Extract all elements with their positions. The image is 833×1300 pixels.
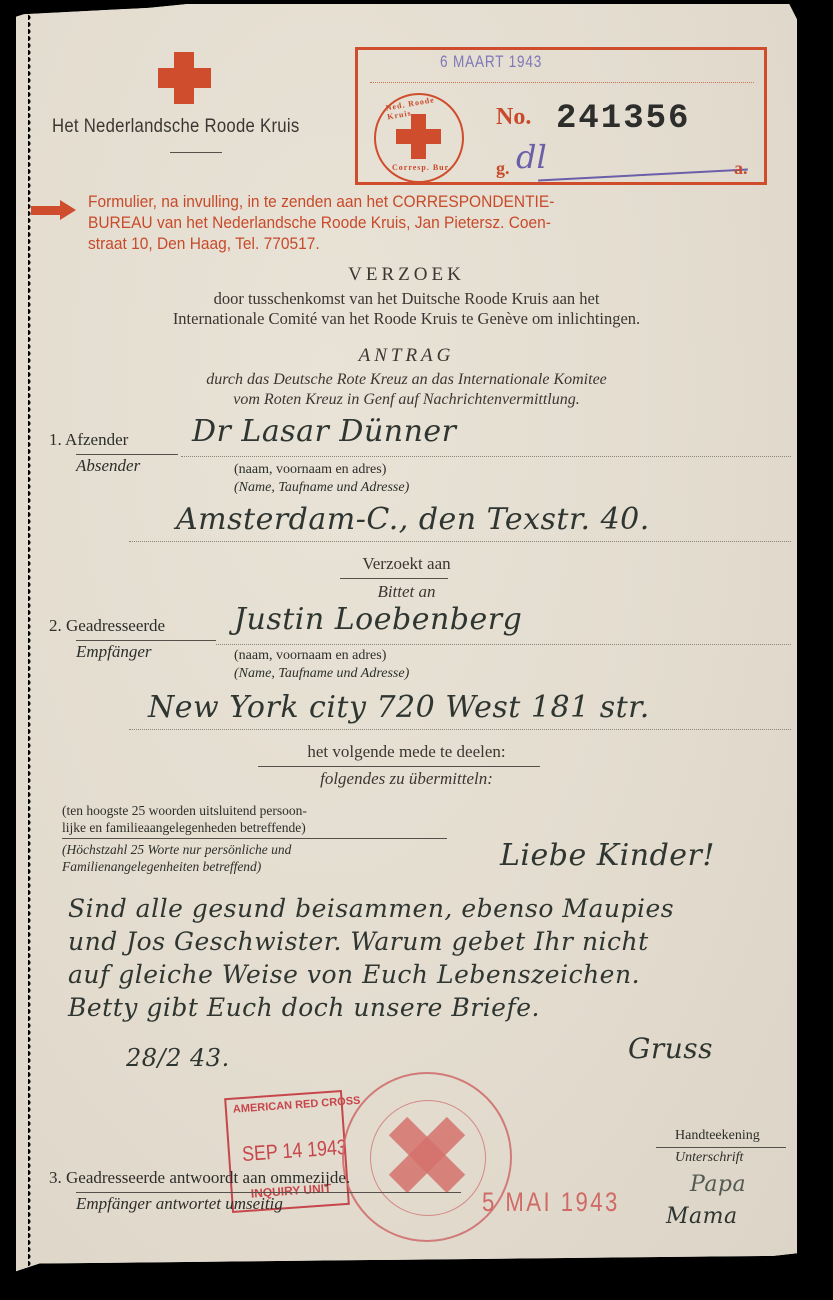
reply-rule — [76, 1192, 461, 1193]
signature-rule — [656, 1147, 786, 1148]
instructions: Formulier, na invulling, in te zenden aa… — [88, 192, 746, 255]
a-label: a. — [734, 158, 748, 179]
message-intro-nl: het volgende mede te deelen: — [16, 742, 797, 762]
message-salutation[interactable]: Liebe Kinder! — [500, 838, 715, 873]
recipient-name-line — [216, 644, 791, 645]
sender-hint-nl: (naam, voornaam en adres) — [234, 462, 386, 478]
signature-mama[interactable]: Mama — [666, 1204, 738, 1229]
recipient-hint-nl: (naam, voornaam en adres) — [234, 648, 386, 664]
reply-de: Empfänger antwortet umseitig — [76, 1194, 283, 1214]
word-limit-nl: (ten hoogste 25 woorden uitsluitend pers… — [62, 802, 454, 836]
received-date-stamp: 6 MAART 1943 — [440, 52, 542, 72]
g-initial: dl — [516, 138, 547, 176]
request-nl: Verzoekt aan — [16, 554, 797, 574]
word-limit-de: (Höchstzahl 25 Worte nur persönliche und… — [62, 841, 291, 875]
signature-label-nl: Handteekening — [675, 1128, 760, 1144]
request-de: Bittet an — [16, 582, 797, 602]
recipient-label-de: Empfänger — [76, 642, 152, 662]
message-closing: Gruss — [628, 1032, 713, 1065]
sender-label: 1. Afzender — [49, 430, 128, 450]
antrag-text: durch das Deutsche Rote Kreuz an das Int… — [16, 370, 797, 410]
message-intro-de: folgendes zu übermitteln: — [16, 769, 797, 789]
number-label: No. — [496, 104, 531, 131]
red-cross-form: Het Nederlandsche Roode Kruis 6 MAART 19… — [16, 4, 797, 1284]
message-body[interactable]: Sind alle gesund beisammen, ebenso Maupi… — [68, 892, 674, 1024]
message-date: 28/2 43. — [126, 1044, 230, 1072]
g-label: g. — [496, 158, 510, 179]
verzoek-heading: VERZOEK — [16, 264, 797, 286]
reply-nl: 3. Geadresseerde antwoordt aan ommezijde… — [49, 1168, 350, 1188]
registry-number: 241356 — [556, 100, 690, 138]
recipient-name-field[interactable]: Justin Loebenberg — [234, 602, 522, 637]
recipient-hint-de: (Name, Taufname und Adresse) — [234, 666, 409, 682]
correspondence-bureau-seal: Ned. Roode Kruis Corresp. Bur. — [374, 93, 464, 183]
organization-name: Het Nederlandsche Roode Kruis — [52, 116, 299, 138]
sender-label-de: Absender — [76, 456, 140, 476]
sender-address-field[interactable]: Amsterdam-C., den Texstr. 40. — [176, 502, 650, 537]
sender-label-rule — [76, 454, 178, 455]
request-rule — [340, 578, 448, 579]
sender-hint-de: (Name, Taufname und Adresse) — [234, 480, 409, 496]
registry-box: 6 MAART 1943 Ned. Roode Kruis Corresp. B… — [355, 47, 767, 185]
sender-name-field[interactable]: Dr Lasar Dünner — [192, 414, 457, 449]
recipient-address-field[interactable]: New York city 720 West 181 str. — [148, 690, 650, 725]
recipient-address-line — [129, 729, 791, 730]
recipient-label: 2. Geadresseerde — [49, 616, 165, 636]
perforated-edge — [28, 14, 34, 1284]
signature-label-de: Unterschrift — [675, 1150, 743, 1166]
logo-divider — [170, 152, 222, 153]
antrag-heading: ANTRAG — [16, 345, 797, 367]
message-intro-rule — [258, 766, 540, 767]
sender-address-line — [129, 541, 791, 542]
icrc-date-stamp: 5 MAI 1943 — [482, 1187, 620, 1218]
sender-name-line — [181, 456, 791, 457]
violet-pen-stroke — [538, 169, 748, 182]
verzoek-text: door tusschenkomst van het Duitsche Rood… — [16, 289, 797, 329]
signature-papa[interactable]: Papa — [690, 1172, 746, 1197]
word-limit-rule — [62, 838, 447, 839]
recipient-label-rule — [76, 640, 216, 641]
